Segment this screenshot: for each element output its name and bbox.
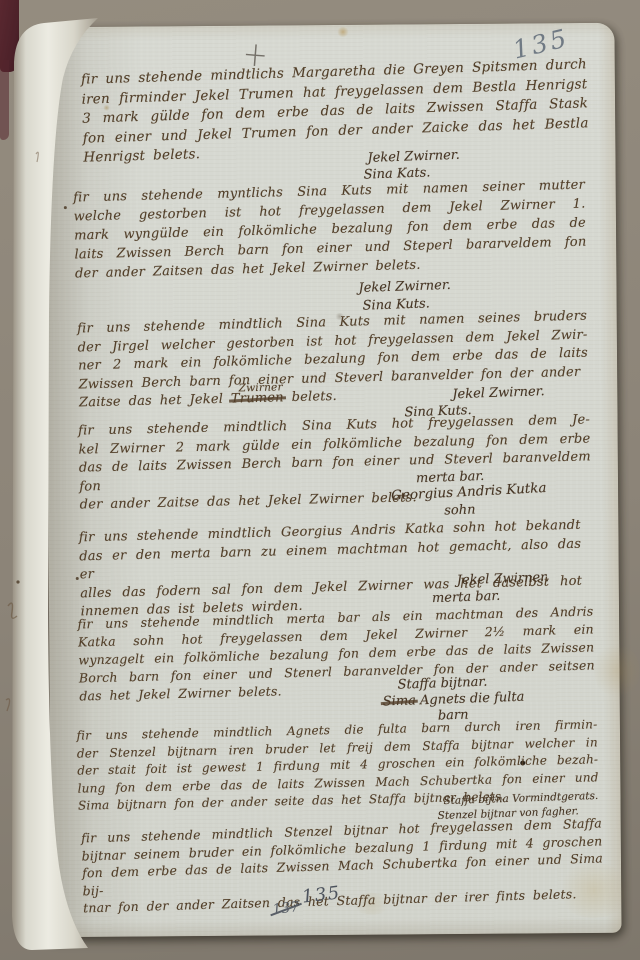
- curl-shape: [12, 18, 98, 950]
- correction: TrumenZwirner: [231, 389, 284, 409]
- signature: Jekel Zwirner.: [358, 278, 451, 296]
- signature: merta bar.: [432, 589, 501, 606]
- bleedthrough-mark: [6, 699, 10, 711]
- inserted-word: Zwirner: [238, 378, 283, 398]
- struck-page-number: 137: [272, 899, 300, 918]
- line-text: belets.: [284, 389, 338, 405]
- signature: Jekel Zwirner.: [452, 384, 545, 402]
- signature-text: Agnets die fulta: [420, 690, 525, 709]
- paper-stain: [336, 27, 349, 37]
- photo-background: + 135 fir uns stehende mindtlichs Margar…: [0, 0, 640, 960]
- register-entry-4: fir uns stehende mindtlich Sina Kuts hot…: [78, 411, 592, 515]
- register-entry-2: fir uns stehende myntlichs Sina Kuts mit…: [73, 176, 587, 284]
- bottom-page-number: 135: [301, 882, 342, 907]
- signature: Jekel Zwirner.: [367, 148, 460, 166]
- manuscript-page: + 135 fir uns stehende mindtlichs Margar…: [44, 23, 621, 937]
- margin-ink-dot: [16, 580, 19, 583]
- paper-stain: [594, 641, 639, 701]
- register-entry-8: fir uns stehende mindtlich Stenzel bijtn…: [81, 814, 604, 916]
- struck-name: Sima: [383, 693, 417, 709]
- register-entry-1: fir uns stehende mindtlichs Margaretha d…: [81, 55, 590, 168]
- signature: Jekel Zwirner.: [457, 570, 550, 588]
- signature: sohn: [444, 502, 476, 518]
- signature: Staffa bijtnar.: [397, 675, 487, 693]
- previous-page-curled-edge: [0, 14, 104, 954]
